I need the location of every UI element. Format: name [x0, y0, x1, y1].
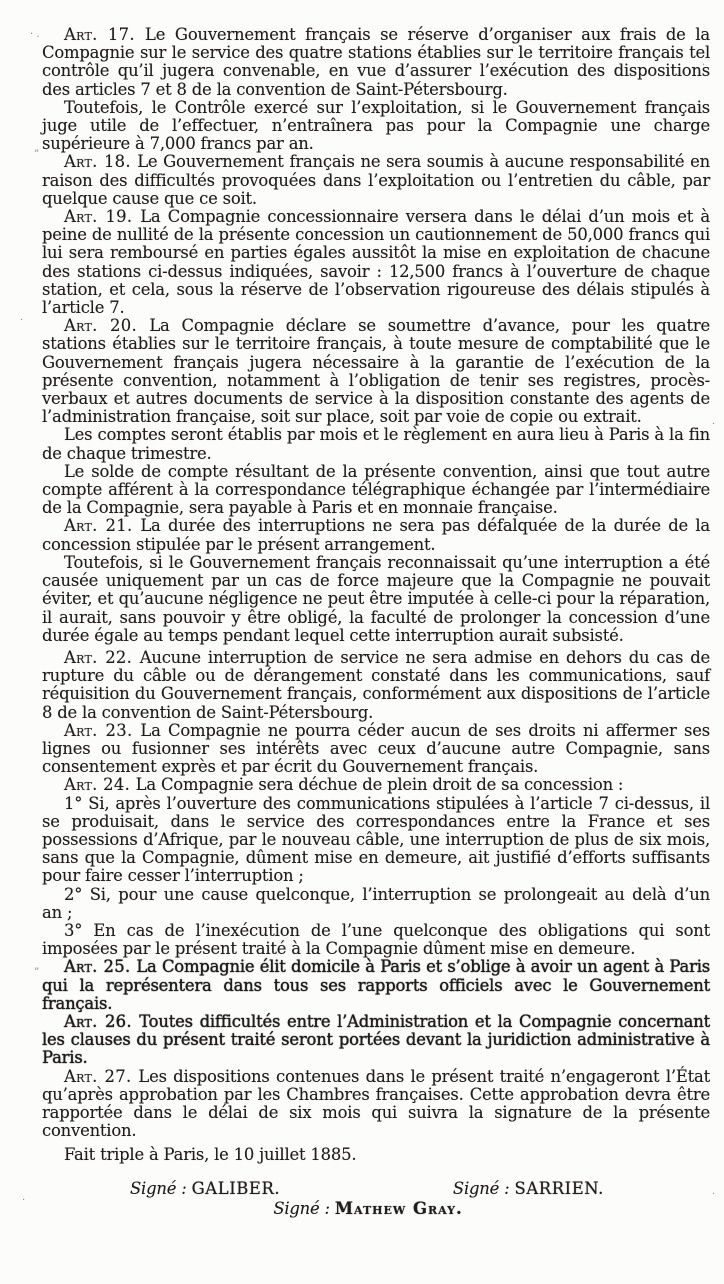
article-label: Art. 23. — [64, 721, 140, 740]
scanned-document-page: · . ” . · · ” , · · Art. 17. Le Gouverne… — [0, 0, 724, 1284]
article-label: Art. 20. — [64, 316, 149, 335]
article-paragraph: Art. 27. Les dispositions contenues dans… — [42, 1068, 710, 1141]
body-paragraph: Le solde de compte résultant de la prése… — [42, 463, 710, 518]
signature-name: Mathew Gray. — [335, 1199, 463, 1218]
signature-row: Signé : GALIBER. Signé : SARRIEN. — [42, 1180, 710, 1198]
scan-speck: · . — [30, 30, 40, 40]
document-text-column: Art. 17. Le Gouvernement français se rés… — [42, 26, 710, 1218]
body-paragraph: 1° Si, après l’ouverture des communicati… — [42, 795, 710, 886]
body-paragraph: 2° Si, pour une cause quelconque, l’inte… — [42, 886, 710, 922]
scan-speck: · — [712, 420, 715, 430]
signature-left: Signé : GALIBER. — [130, 1180, 280, 1198]
body-paragraph: Toutefois, le Contrôle exercé sur l’expl… — [42, 99, 710, 154]
scan-speck: · — [712, 1190, 715, 1200]
document-body: Art. 17. Le Gouvernement français se rés… — [42, 26, 710, 1140]
scan-speck: · — [22, 1196, 25, 1206]
signature-name: GALIBER. — [192, 1179, 281, 1198]
article-paragraph: Art. 21. La durée des interruptions ne s… — [42, 517, 710, 553]
article-paragraph: Art. 19. La Compagnie concessionnaire ve… — [42, 208, 710, 317]
article-paragraph: Art. 17. Le Gouvernement français se rés… — [42, 26, 710, 99]
article-label: Art. 27. — [64, 1067, 138, 1086]
body-paragraph: 3° En cas de l’inexécution de l’une quel… — [42, 922, 710, 958]
article-paragraph: Art. 18. Le Gouvernement français ne ser… — [42, 153, 710, 208]
signature-center: Signé : Mathew Gray. — [34, 1200, 702, 1218]
article-label: Art. 18. — [64, 152, 137, 171]
signature-prefix: Signé : — [273, 1199, 330, 1218]
body-paragraph: Toutefois, si le Gouvernement français r… — [42, 554, 710, 645]
article-label: Art. 19. — [64, 207, 140, 226]
article-label: Art. 21. — [64, 516, 140, 535]
signature-prefix: Signé : — [130, 1179, 187, 1198]
dateline: Fait triple à Paris, le 10 juillet 1885. — [42, 1146, 710, 1164]
scan-speck: ” — [34, 968, 39, 978]
scan-speck: ” — [34, 150, 39, 160]
article-label: Art. 25. — [64, 957, 136, 976]
article-paragraph: Art. 24. La Compagnie sera déchue de ple… — [42, 776, 710, 794]
signature-name: SARRIEN. — [515, 1179, 605, 1198]
article-paragraph: Art. 22. Aucune interruption de service … — [42, 649, 710, 722]
scan-speck: · — [20, 316, 23, 326]
article-paragraph: Art. 26. Toutes difficultés entre l’Admi… — [42, 1013, 710, 1068]
article-label: Art. 26. — [64, 1012, 139, 1031]
article-label: Art. 22. — [64, 648, 140, 667]
body-paragraph: Les comptes seront établis par mois et l… — [42, 426, 710, 462]
article-paragraph: Art. 20. La Compagnie déclare se soumett… — [42, 317, 710, 426]
article-label: Art. 17. — [64, 25, 145, 44]
article-label: Art. 24. — [64, 775, 136, 794]
signature-prefix: Signé : — [453, 1179, 510, 1198]
signature-right: Signé : SARRIEN. — [453, 1180, 604, 1198]
article-paragraph: Art. 23. La Compagnie ne pourra céder au… — [42, 722, 710, 777]
article-paragraph: Art. 25. La Compagnie élit domicile à Pa… — [42, 958, 710, 1013]
